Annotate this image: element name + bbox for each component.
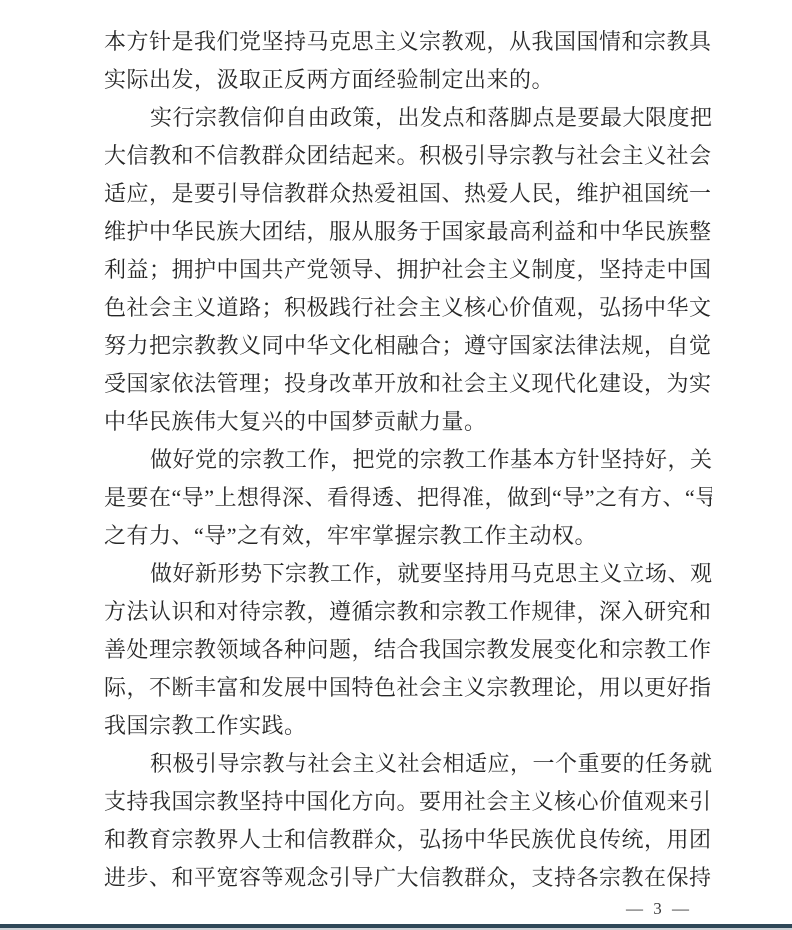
text-line: 适应，是要引导信教群众热爱祖国、热爱人民，维护祖国统一， [104,175,712,213]
text-line: 善处理宗教领域各种问题，结合我国宗教发展变化和宗教工作实 [104,631,712,669]
text-line: 利益；拥护中国共产党领导、拥护社会主义制度，坚持走中国特 [104,251,712,289]
text-line: 做好新形势下宗教工作，就要坚持用马克思主义立场、观点、 [104,555,712,593]
text-line: 色社会主义道路；积极践行社会主义核心价值观，弘扬中华文化， [104,289,712,327]
text-line: 大信教和不信教群众团结起来。积极引导宗教与社会主义社会相 [104,137,712,175]
text-line: 积极引导宗教与社会主义社会相适应，一个重要的任务就是 [104,745,712,783]
text-line: 努力把宗教教义同中华文化相融合；遵守国家法律法规，自觉接 [104,327,712,365]
text-line: 本方针是我们党坚持马克思主义宗教观，从我国国情和宗教具体 [104,23,712,61]
paragraph: 本方针是我们党坚持马克思主义宗教观，从我国国情和宗教具体 实际出发，汲取正反两方… [104,23,712,99]
paragraph: 做好新形势下宗教工作，就要坚持用马克思主义立场、观点、 方法认识和对待宗教，遵循… [104,555,712,745]
text-line: 实际出发，汲取正反两方面经验制定出来的。 [104,61,712,99]
scanned-document-page: 本方针是我们党坚持马克思主义宗教观，从我国国情和宗教具体 实际出发，汲取正反两方… [0,0,792,930]
page-number: — 3 — [626,899,692,919]
text-line: 是要在“导”上想得深、看得透、把得准，做到“导”之有方、“导” [104,479,712,517]
text-line: 进步、和平宽容等观念引导广大信教群众，支持各宗教在保持基 [104,859,712,897]
text-line: 和教育宗教界人士和信教群众，弘扬中华民族优良传统，用团结 [104,821,712,859]
text-line: 方法认识和对待宗教，遵循宗教和宗教工作规律，深入研究和妥 [104,593,712,631]
text-line: 维护中华民族大团结，服从服务于国家最高利益和中华民族整体 [104,213,712,251]
text-line: 做好党的宗教工作，把党的宗教工作基本方针坚持好，关键 [104,441,712,479]
text-line: 我国宗教工作实践。 [104,707,712,745]
text-line: 受国家依法管理；投身改革开放和社会主义现代化建设，为实现 [104,365,712,403]
paragraph: 做好党的宗教工作，把党的宗教工作基本方针坚持好，关键 是要在“导”上想得深、看得… [104,441,712,555]
text-line: 支持我国宗教坚持中国化方向。要用社会主义核心价值观来引领 [104,783,712,821]
text-line: 实行宗教信仰自由政策，出发点和落脚点是要最大限度把广 [104,99,712,137]
text-line: 际，不断丰富和发展中国特色社会主义宗教理论，用以更好指导 [104,669,712,707]
paragraph: 积极引导宗教与社会主义社会相适应，一个重要的任务就是 支持我国宗教坚持中国化方向… [104,745,712,897]
paragraph: 实行宗教信仰自由政策，出发点和落脚点是要最大限度把广 大信教和不信教群众团结起来… [104,99,712,441]
document-body-text: 本方针是我们党坚持马克思主义宗教观，从我国国情和宗教具体 实际出发，汲取正反两方… [104,23,712,897]
text-line: 中华民族伟大复兴的中国梦贡献力量。 [104,403,712,441]
text-line: 之有力、“导”之有效，牢牢掌握宗教工作主动权。 [104,517,712,555]
